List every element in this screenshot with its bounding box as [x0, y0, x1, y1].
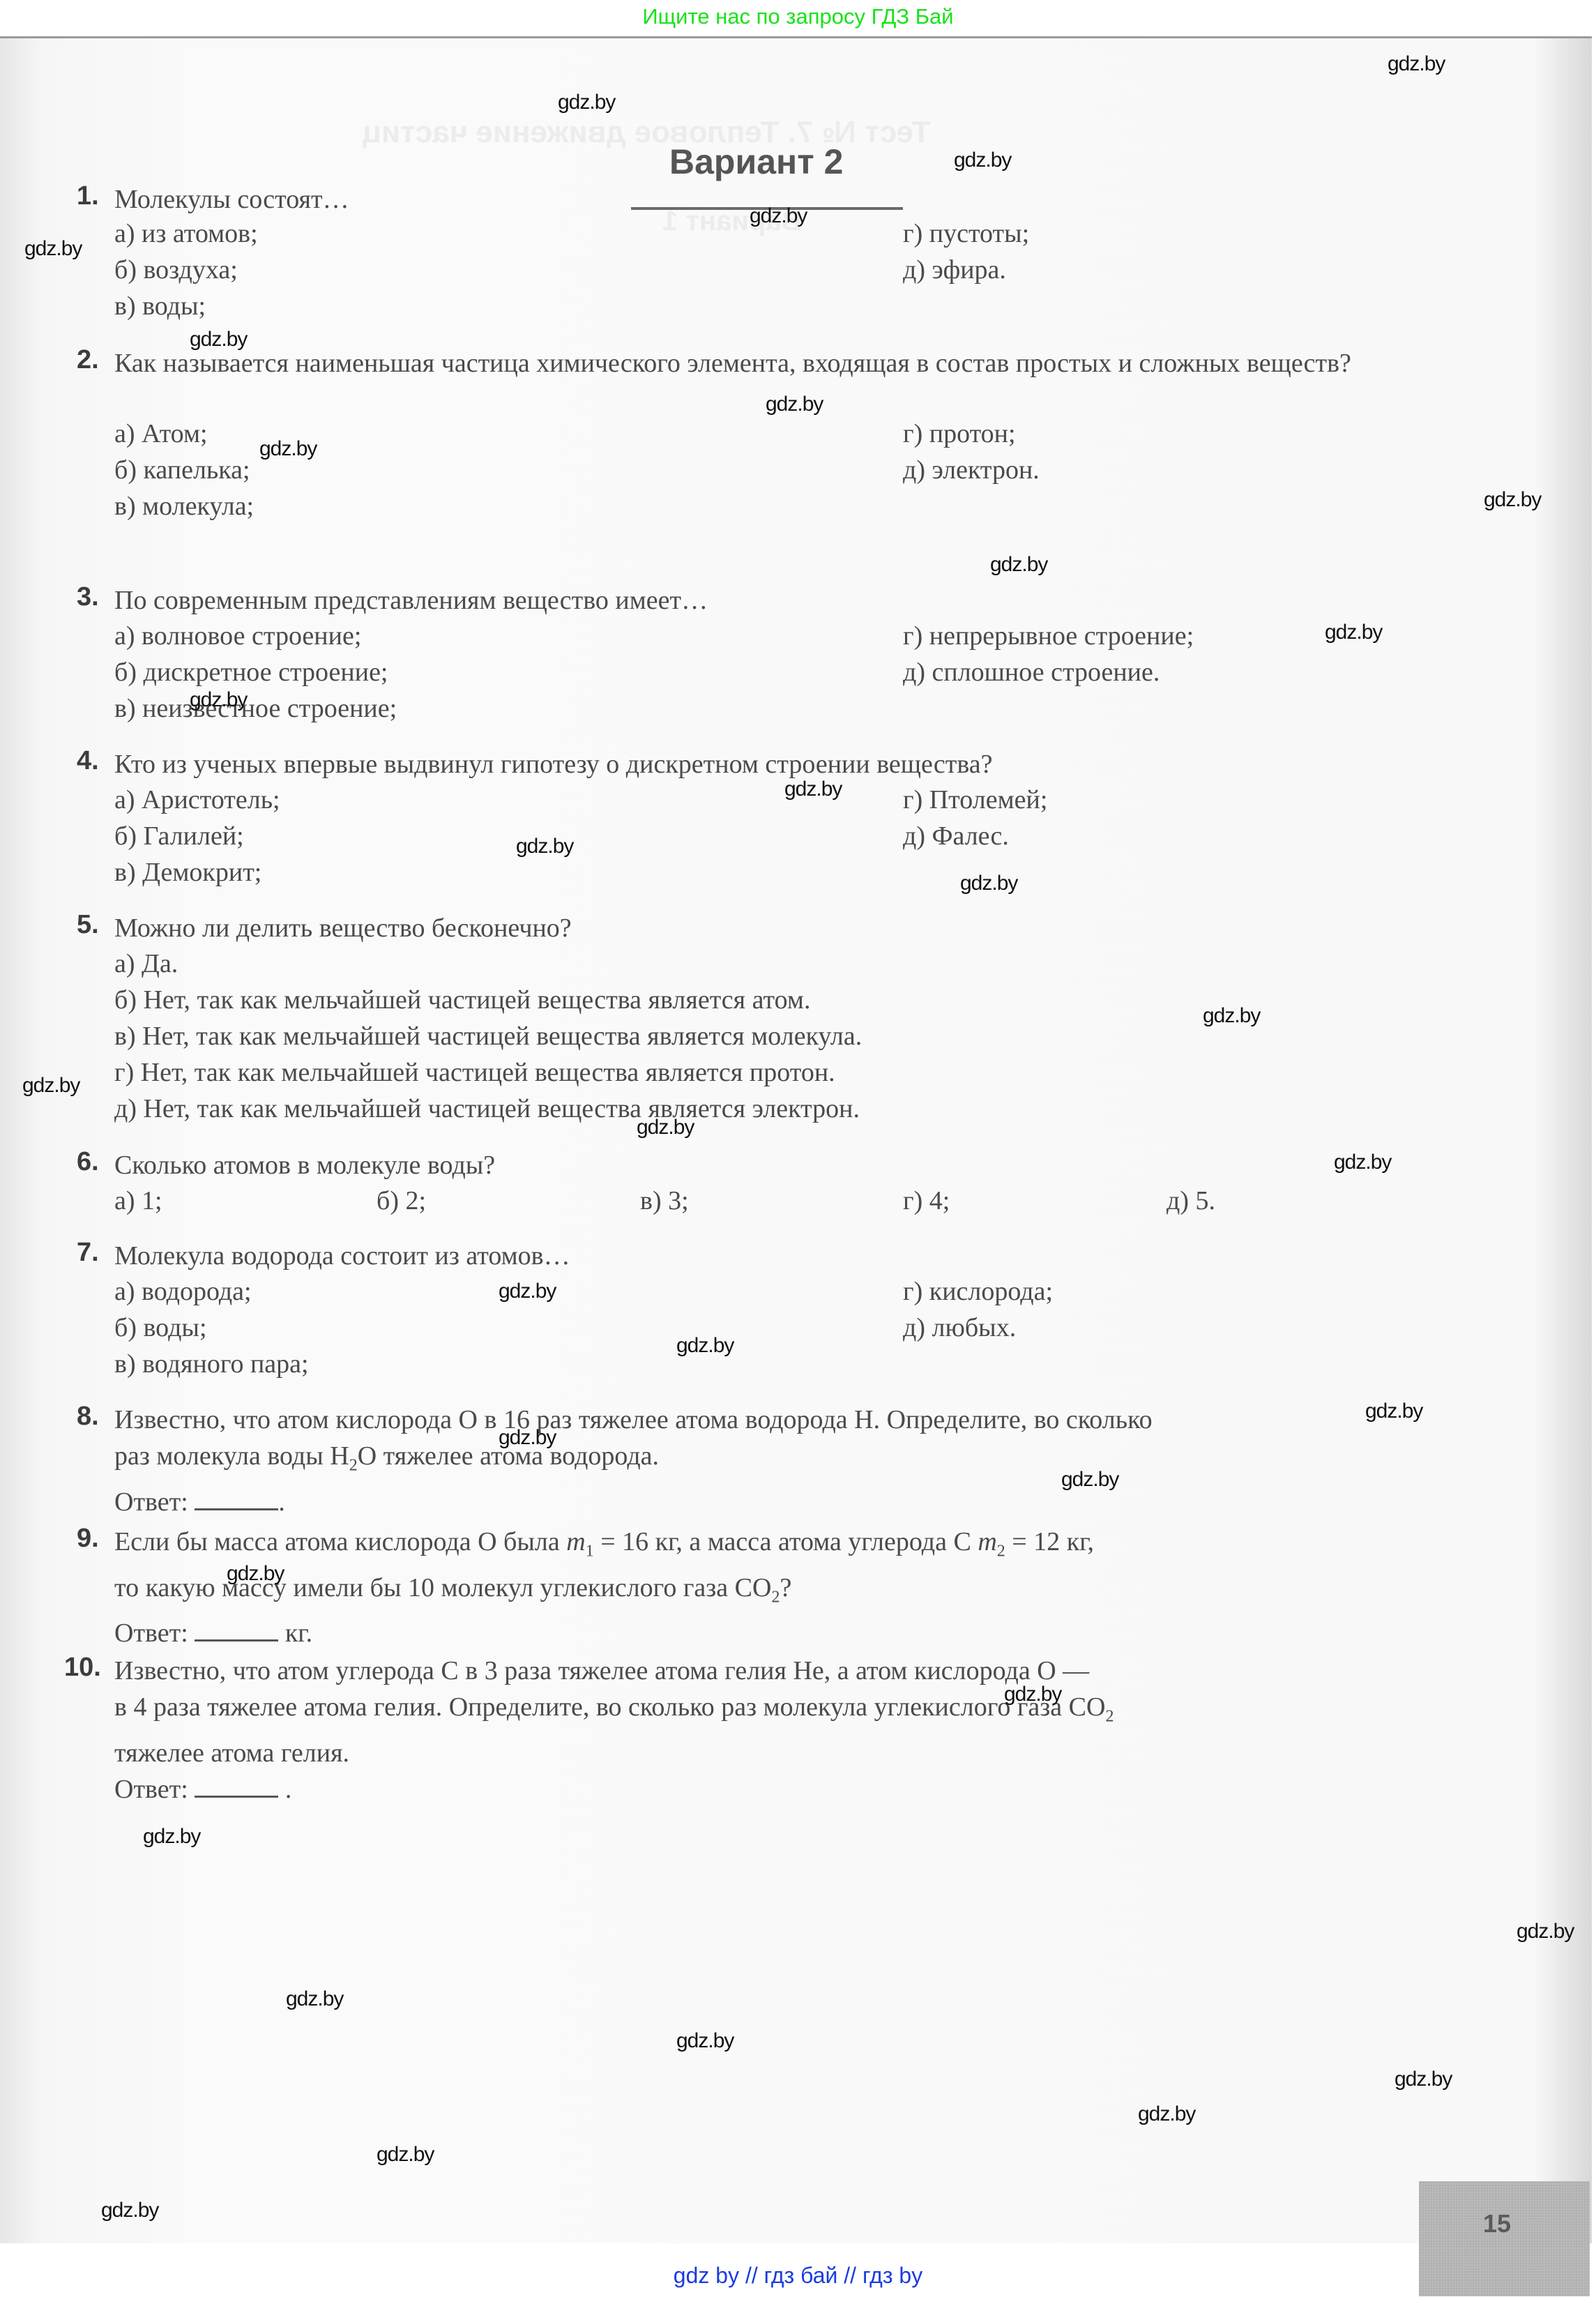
- watermark: gdz.by: [24, 237, 82, 261]
- footer-links[interactable]: gdz by // гдз бай // гдз by: [0, 2254, 1596, 2297]
- watermark: gdz.by: [558, 91, 615, 114]
- answer-row: Ответ: .: [114, 1484, 1481, 1520]
- question-number: 6.: [77, 1147, 99, 1177]
- question-text-line: Известно, что атом кислорода O в 16 раз …: [114, 1402, 1481, 1438]
- question-number: 9.: [77, 1524, 99, 1554]
- option-g[interactable]: г) Птолемей;: [903, 782, 1047, 817]
- option-b[interactable]: б) Нет, так как мельчайшей частицей веще…: [114, 983, 810, 1017]
- option-a[interactable]: а) 1;: [114, 1183, 162, 1218]
- question-text-line: то какую массу имели бы 10 молекул углек…: [114, 1570, 1481, 1616]
- watermark: gdz.by: [499, 1280, 556, 1303]
- question-text: Известно, что атом кислорода O в 16 раз …: [114, 1402, 1481, 1520]
- option-g[interactable]: г) пустоты;: [903, 216, 1029, 251]
- option-v[interactable]: в) 3;: [640, 1183, 689, 1218]
- question-text-line: Если бы масса атома кислорода O была m1 …: [114, 1524, 1481, 1570]
- option-g[interactable]: г) кислорода;: [903, 1274, 1053, 1309]
- option-a[interactable]: а) водорода;: [114, 1274, 252, 1309]
- watermark: gdz.by: [516, 835, 573, 858]
- watermark: gdz.by: [190, 688, 247, 712]
- option-b[interactable]: б) воздуха;: [114, 252, 238, 287]
- answer-blank[interactable]: [195, 1618, 278, 1642]
- watermark: gdz.by: [960, 872, 1017, 895]
- option-b[interactable]: б) капелька;: [114, 453, 250, 487]
- page-title: Вариант 2: [669, 142, 843, 182]
- watermark: gdz.by: [143, 1825, 200, 1849]
- question-text-line: раз молекула воды H2O тяжелее атома водо…: [114, 1438, 1481, 1484]
- watermark: gdz.by: [1365, 1400, 1422, 1423]
- watermark: gdz.by: [676, 2029, 734, 2053]
- option-g[interactable]: г) протон;: [903, 416, 1016, 451]
- watermark: gdz.by: [377, 2143, 434, 2167]
- watermark: gdz.by: [990, 553, 1047, 577]
- watermark: gdz.by: [22, 1074, 79, 1098]
- watermark: gdz.by: [1061, 1468, 1118, 1492]
- watermark: gdz.by: [190, 328, 247, 351]
- option-d[interactable]: д) Фалес.: [903, 819, 1009, 854]
- top-banner[interactable]: Ищите нас по запросу ГДЗ Бай: [0, 0, 1596, 33]
- watermark: gdz.by: [286, 1987, 343, 2011]
- question-number: 1.: [77, 181, 99, 211]
- option-v[interactable]: в) неизвестное строение;: [114, 691, 397, 726]
- watermark: gdz.by: [499, 1426, 556, 1450]
- question-number: 8.: [77, 1402, 99, 1432]
- question-text: Можно ли делить вещество бесконечно?: [114, 910, 1481, 946]
- option-v[interactable]: в) Нет, так как мельчайшей частицей веще…: [114, 1019, 862, 1054]
- option-b[interactable]: б) дискретное строение;: [114, 655, 388, 690]
- option-g[interactable]: г) Нет, так как мельчайшей частицей веще…: [114, 1055, 835, 1090]
- watermark: gdz.by: [766, 393, 823, 416]
- option-a[interactable]: а) Аристотель;: [114, 782, 280, 817]
- answer-blank[interactable]: [195, 1487, 278, 1510]
- question-text: Молекула водорода состоит из атомов…: [114, 1238, 1481, 1274]
- watermark: gdz.by: [1138, 2102, 1195, 2126]
- watermark: gdz.by: [954, 149, 1011, 172]
- question-text-line: в 4 раза тяжелее атома гелия. Определите…: [114, 1689, 1481, 1735]
- question-text: По современным представлениям вещество и…: [114, 582, 1481, 619]
- answer-row: Ответ: кг.: [114, 1615, 1481, 1651]
- option-d[interactable]: д) эфира.: [903, 252, 1006, 287]
- question-number: 3.: [77, 582, 99, 612]
- option-a[interactable]: а) Да.: [114, 946, 178, 981]
- option-g[interactable]: г) непрерывное строение;: [903, 619, 1194, 653]
- question-number: 10.: [64, 1653, 101, 1683]
- watermark: gdz.by: [1388, 52, 1445, 76]
- watermark: gdz.by: [676, 1334, 734, 1358]
- watermark: gdz.by: [1334, 1151, 1391, 1174]
- watermark: gdz.by: [637, 1116, 694, 1139]
- watermark: gdz.by: [227, 1562, 284, 1586]
- question-number: 2.: [77, 345, 99, 375]
- question-number: 4.: [77, 746, 99, 776]
- watermark: gdz.by: [259, 437, 317, 461]
- option-g[interactable]: г) 4;: [903, 1183, 950, 1218]
- textbook-page: Тест № 7. Тепловое движение частиц Вариа…: [0, 36, 1592, 2243]
- bleed-through-heading: Тест № 7. Тепловое движение частиц: [363, 115, 931, 150]
- watermark: gdz.by: [1484, 488, 1541, 512]
- watermark: gdz.by: [1517, 1920, 1574, 1943]
- watermark: gdz.by: [1203, 1004, 1260, 1028]
- question-text: Если бы масса атома кислорода O была m1 …: [114, 1524, 1481, 1651]
- watermark: gdz.by: [784, 778, 842, 801]
- option-b[interactable]: б) воды;: [114, 1310, 207, 1345]
- question-number: 7.: [77, 1238, 99, 1268]
- question-text-line: тяжелее атома гелия.: [114, 1735, 1481, 1771]
- option-d[interactable]: д) любых.: [903, 1310, 1016, 1345]
- option-a[interactable]: а) Атом;: [114, 416, 208, 451]
- question-text: Сколько атомов в молекуле воды?: [114, 1147, 1481, 1183]
- question-text: Известно, что атом углерода C в 3 раза т…: [114, 1653, 1481, 1807]
- watermark: gdz.by: [1004, 1683, 1061, 1706]
- question-text: Как называется наименьшая частица химиче…: [114, 345, 1481, 381]
- option-v[interactable]: в) Демокрит;: [114, 855, 261, 890]
- option-v[interactable]: в) воды;: [114, 289, 206, 324]
- option-d[interactable]: д) электрон.: [903, 453, 1040, 487]
- option-b[interactable]: б) Галилей;: [114, 819, 244, 854]
- option-d[interactable]: д) Нет, так как мельчайшей частицей веще…: [114, 1091, 860, 1126]
- question-number: 5.: [77, 910, 99, 940]
- watermark: gdz.by: [1325, 621, 1382, 644]
- option-d[interactable]: д) 5.: [1166, 1183, 1215, 1218]
- option-v[interactable]: в) молекула;: [114, 489, 254, 524]
- option-d[interactable]: д) сплошное строение.: [903, 655, 1160, 690]
- option-a[interactable]: а) волновое строение;: [114, 619, 361, 653]
- option-a[interactable]: а) из атомов;: [114, 216, 258, 251]
- answer-row: Ответ: .: [114, 1771, 1481, 1807]
- answer-blank[interactable]: [195, 1775, 278, 1798]
- question-text-line: Известно, что атом углерода C в 3 раза т…: [114, 1653, 1481, 1689]
- option-b[interactable]: б) 2;: [377, 1183, 426, 1218]
- option-v[interactable]: в) водяного пара;: [114, 1347, 309, 1381]
- watermark: gdz.by: [750, 204, 807, 228]
- page-number: 15: [1483, 2209, 1511, 2238]
- watermark: gdz.by: [101, 2199, 158, 2222]
- watermark: gdz.by: [1394, 2068, 1452, 2091]
